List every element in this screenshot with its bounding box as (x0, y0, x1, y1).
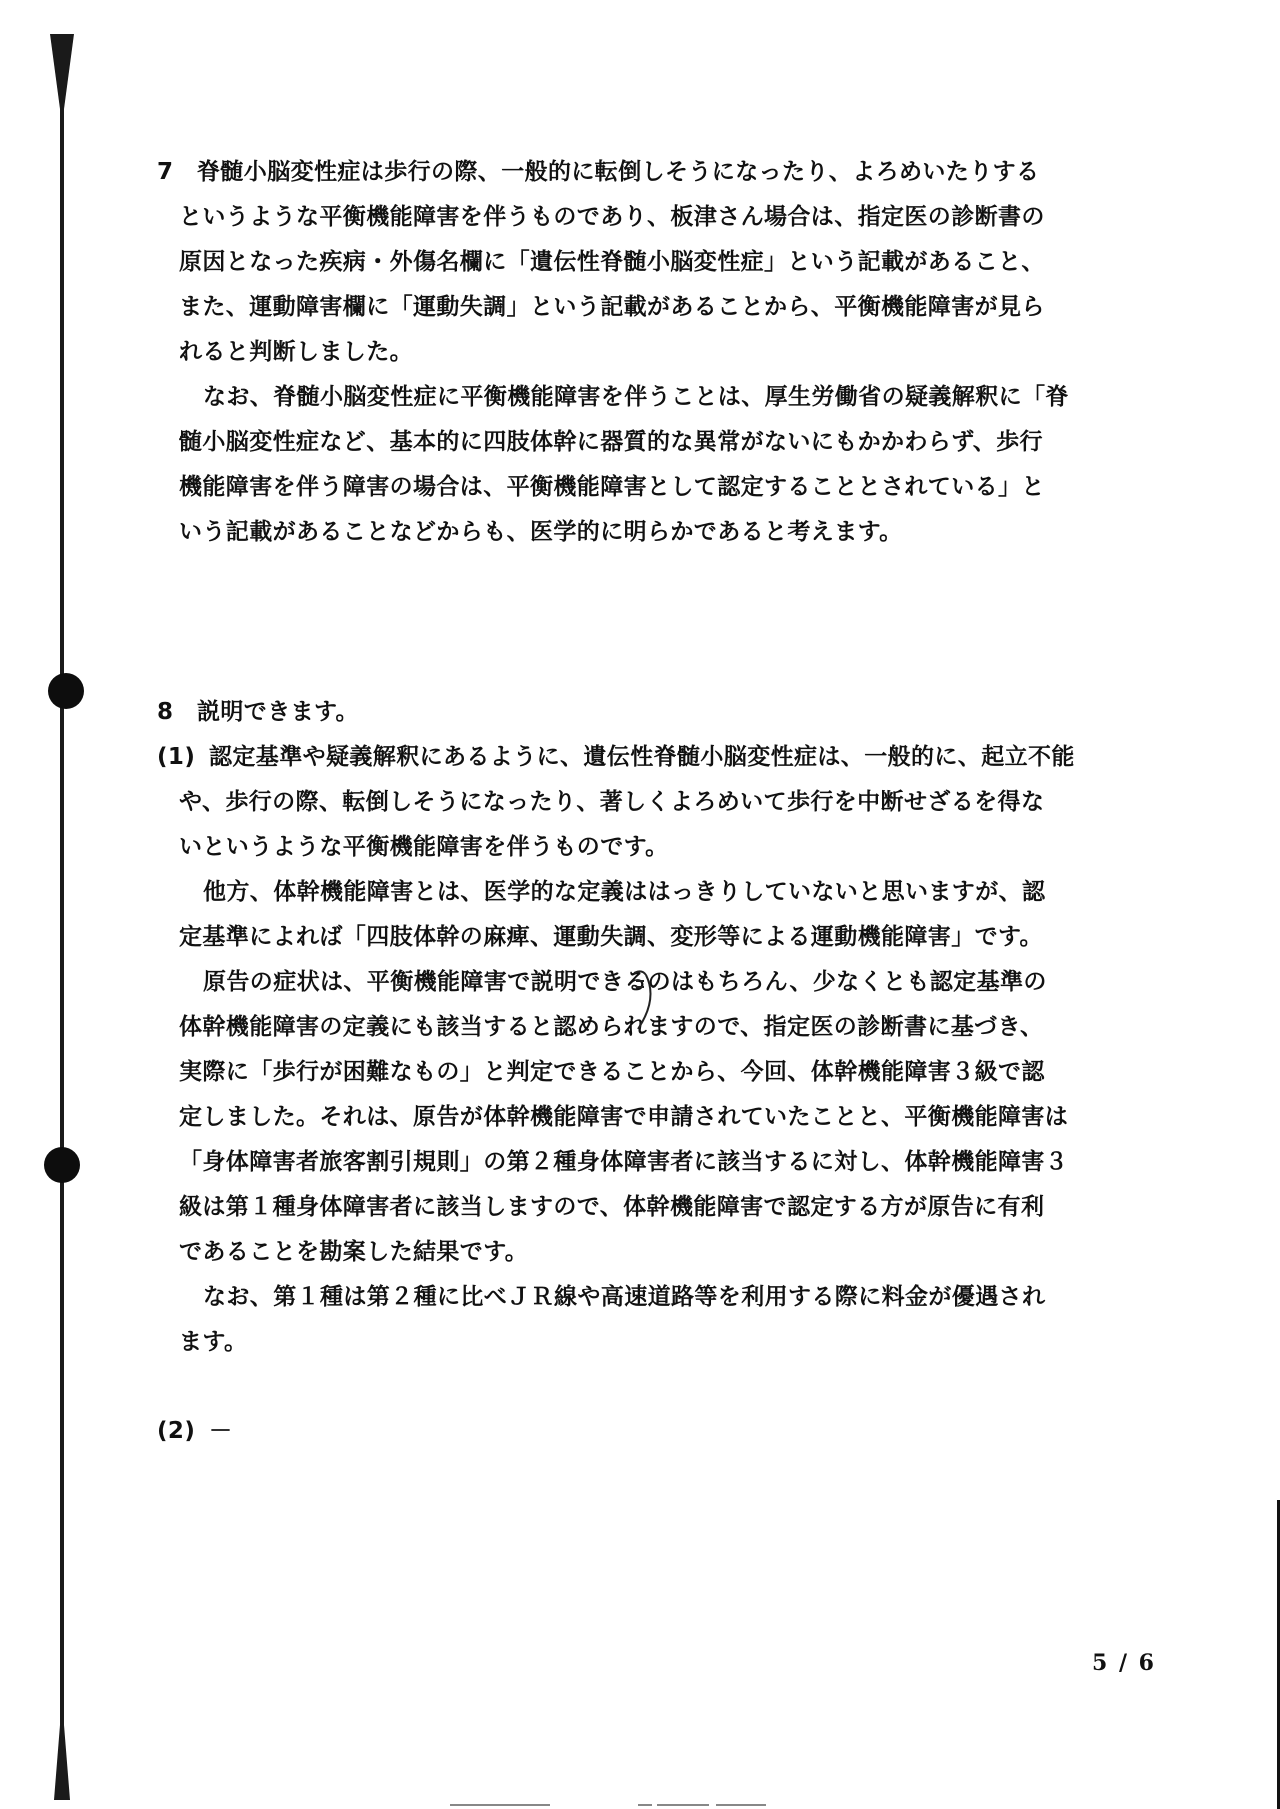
text-line: 髄小脳変性症など、基本的に四肢体幹に器質的な異常がないにもかかわらず、歩行 (157, 420, 1147, 465)
text-line: いう記載があることなどからも、医学的に明らかであると考えます。 (157, 510, 1147, 555)
page-number: 5 / 6 (1092, 1650, 1156, 1676)
scan-artifacts (0, 1800, 1280, 1809)
text-line: 「身体障害者旅客割引規則」の第２種身体障害者に該当するに対し、体幹機能障害３ (157, 1140, 1147, 1185)
text-line: というような平衡機能障害を伴うものであり、板津さん場合は、指定医の診断書の (157, 195, 1147, 240)
text-line: なお、脊髄小脳変性症に平衡機能障害を伴うことは、厚生労働省の疑義解釈に「脊 (157, 375, 1147, 420)
text-line: 定基準によれば「四肢体幹の麻痺、運動失調、変形等による運動機能障害」です。 (157, 915, 1147, 960)
punch-hole-icon (44, 1147, 80, 1183)
item-2: (2)－ (157, 1409, 1147, 1454)
text-line: 機能障害を伴う障害の場合は、平衡機能障害として認定することとされている」と (157, 465, 1147, 510)
text-line: また、運動障害欄に「運動失調」という記載があることから、平衡機能障害が見ら (157, 285, 1147, 330)
text-line: や、歩行の際、転倒しそうになったり、著しくよろめいて歩行を中断せざるを得な (157, 780, 1147, 825)
spacer (157, 1365, 1147, 1409)
text-line: であることを勘案した結果です。 (157, 1230, 1147, 1275)
text-line: いというような平衡機能障害を伴うものです。 (157, 825, 1147, 870)
item-label: (1) (157, 735, 209, 780)
item-label: (2) (157, 1409, 209, 1454)
section-7-first-line: 7脊髄小脳変性症は歩行の際、一般的に転倒しそうになったり、よろめいたりする (157, 150, 1147, 195)
text-line: 認定基準や疑義解釈にあるように、遺伝性脊髄小脳変性症は、一般的に、起立不能 (209, 744, 1075, 770)
item-1-first-line: (1)認定基準や疑義解釈にあるように、遺伝性脊髄小脳変性症は、一般的に、起立不能 (157, 735, 1147, 780)
section-7: 7脊髄小脳変性症は歩行の際、一般的に転倒しそうになったり、よろめいたりする とい… (157, 150, 1147, 555)
text-line: 他方、体幹機能障害とは、医学的な定義ははっきりしていないと思いますが、認 (157, 870, 1147, 915)
scan-noise (450, 1804, 550, 1806)
text-line: 定しました。それは、原告が体幹機能障害で申請されていたことと、平衡機能障害は (157, 1095, 1147, 1140)
binding-edge-bottom (54, 1700, 70, 1800)
punch-hole-icon (48, 673, 84, 709)
text-line: ます。 (157, 1320, 1147, 1365)
scan-noise (716, 1804, 766, 1806)
scan-noise (657, 1804, 709, 1806)
text-line: 級は第１種身体障害者に該当しますので、体幹機能障害で認定する方が原告に有利 (157, 1185, 1147, 1230)
item-text: － (209, 1418, 232, 1444)
section-heading: 説明できます。 (197, 699, 359, 725)
document-body: 7脊髄小脳変性症は歩行の際、一般的に転倒しそうになったり、よろめいたりする とい… (157, 150, 1147, 1454)
spacer (157, 555, 1147, 690)
text-line: れると判断しました。 (157, 330, 1147, 375)
text-line: 実際に「歩行が困難なもの」と判定できることから、今回、体幹機能障害３級で認 (157, 1050, 1147, 1095)
section-number: 8 (157, 690, 197, 735)
section-number: 7 (157, 150, 197, 195)
scan-noise (638, 1804, 652, 1806)
section-8: 8説明できます。 (1)認定基準や疑義解釈にあるように、遺伝性脊髄小脳変性症は、… (157, 690, 1147, 1454)
text-line: なお、第１種は第２種に比べＪＲ線や高速道路等を利用する際に料金が優遇され (157, 1275, 1147, 1320)
binding-edge-line (60, 36, 64, 1796)
text-line: 脊髄小脳変性症は歩行の際、一般的に転倒しそうになったり、よろめいたりする (197, 159, 1039, 185)
section-8-heading: 8説明できます。 (157, 690, 1147, 735)
handwritten-correction-icon (628, 965, 658, 1035)
text-line: 原因となった疾病・外傷名欄に「遺伝性脊髄小脳変性症」という記載があること、 (157, 240, 1147, 285)
